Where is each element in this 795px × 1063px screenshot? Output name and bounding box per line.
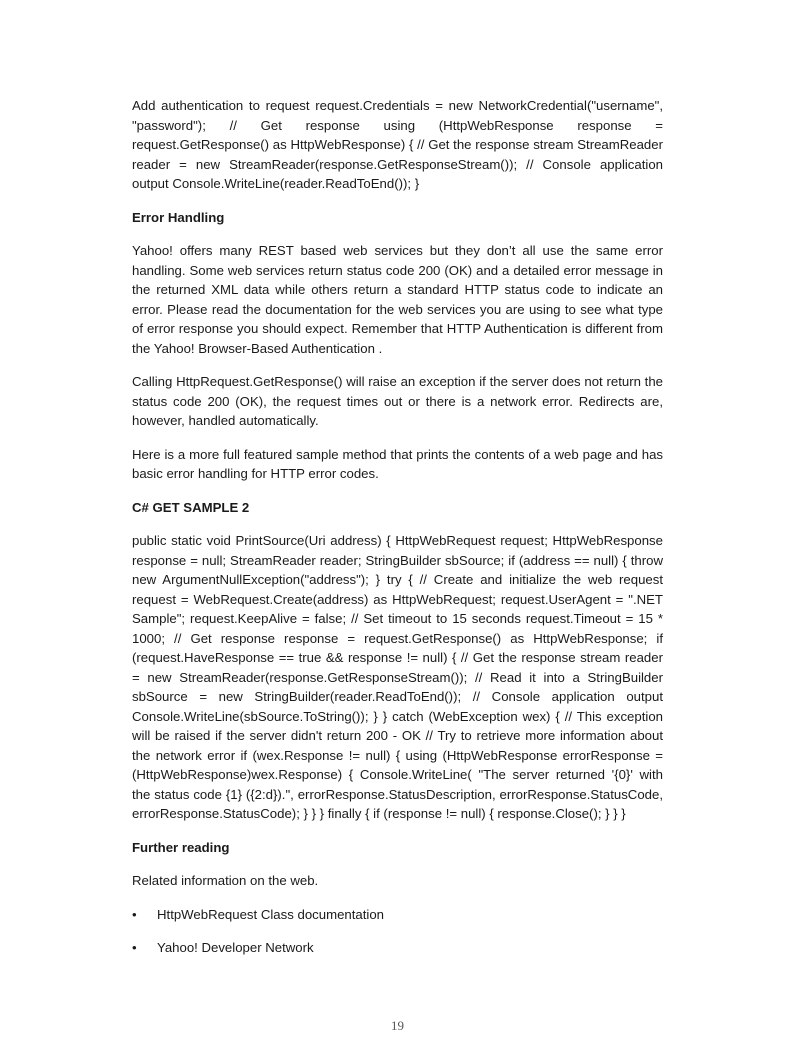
paragraph-getresponse-exception: Calling HttpRequest.GetResponse() will r… xyxy=(132,372,663,431)
list-item-yahoo-developer-network: • Yahoo! Developer Network xyxy=(132,938,663,958)
code-paragraph-authentication: Add authentication to request request.Cr… xyxy=(132,96,663,194)
link-yahoo-developer-network[interactable]: Yahoo! Developer Network xyxy=(157,940,314,955)
paragraph-sample-intro: Here is a more full featured sample meth… xyxy=(132,445,663,484)
heading-further-reading: Further reading xyxy=(132,838,663,858)
heading-csharp-get-sample-2: C# GET SAMPLE 2 xyxy=(132,498,663,518)
link-httpwebrequest-docs[interactable]: HttpWebRequest Class documentation xyxy=(157,907,384,922)
heading-error-handling: Error Handling xyxy=(132,208,663,228)
code-paragraph-print-source: public static void PrintSource(Uri addre… xyxy=(132,531,663,824)
further-reading-list: • HttpWebRequest Class documentation • Y… xyxy=(132,905,663,958)
paragraph-error-handling-intro: Yahoo! offers many REST based web servic… xyxy=(132,241,663,358)
list-item-httpwebrequest-docs: • HttpWebRequest Class documentation xyxy=(132,905,663,925)
document-page: Add authentication to request request.Cr… xyxy=(132,96,663,972)
bullet-icon: • xyxy=(132,905,137,925)
paragraph-related-info: Related information on the web. xyxy=(132,871,663,891)
page-number: 19 xyxy=(0,1018,795,1034)
bullet-icon: • xyxy=(132,938,137,958)
